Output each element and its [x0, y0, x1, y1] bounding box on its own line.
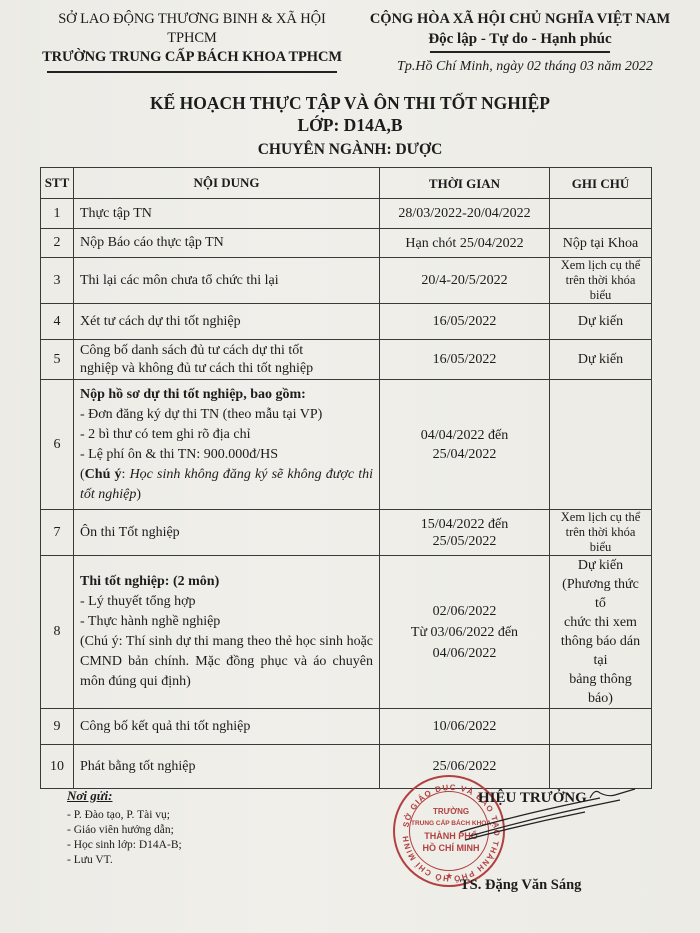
recipients-block: Nơi gửi: - P. Đào tạo, P. Tài vụ; - Giáo…	[67, 788, 182, 868]
row-stt: 2	[41, 229, 74, 258]
row-content: Công bố kết quả thi tốt nghiệp	[74, 709, 380, 745]
content-item: - 2 bì thư có tem ghi rõ địa chỉ	[80, 425, 373, 445]
time-line: 25/05/2022	[386, 533, 543, 550]
national-header: CỘNG HÒA XÃ HỘI CHỦ NGHĨA VIỆT NAM Độc l…	[365, 10, 675, 53]
row-content: Ôn thi Tốt nghiệp	[74, 510, 380, 556]
place-date: Tp.Hồ Chí Minh, ngày 02 tháng 03 năm 202…	[370, 59, 680, 75]
content-item: - Lý thuyết tổng hợp	[80, 592, 373, 612]
row-content: Nộp Báo cáo thực tập TN	[74, 229, 380, 258]
row-time: 20/4-20/5/2022	[380, 258, 550, 304]
time-line: Từ 03/06/2022 đến	[386, 622, 543, 643]
row-time: 04/04/2022 đến 25/04/2022	[380, 380, 550, 510]
major-title: CHUYÊN NGÀNH: DƯỢC	[0, 141, 700, 159]
recipient-item: - Giáo viên hướng dẫn;	[67, 823, 182, 838]
note-line: trên thời khóa biểu	[556, 273, 645, 303]
plan-table: STT NỘI DUNG THỜI GIAN GHI CHÚ 1 Thực tậ…	[40, 167, 652, 789]
row-note: Dự kiến (Phương thức tổ chức thi xem thô…	[550, 556, 652, 709]
row-time: 16/05/2022	[380, 340, 550, 380]
row-stt: 4	[41, 304, 74, 340]
row-stt: 9	[41, 709, 74, 745]
row-content: Công bố danh sách đủ tư cách dự thi tốt …	[74, 340, 380, 380]
time-line: 04/04/2022 đến	[386, 426, 543, 445]
row-stt: 7	[41, 510, 74, 556]
row-time: Hạn chót 25/04/2022	[380, 229, 550, 258]
note-label: Chú ý	[85, 467, 122, 482]
row-stt: 1	[41, 199, 74, 229]
row-time: 28/03/2022-20/04/2022	[380, 199, 550, 229]
note-line: trên thời khóa biểu	[556, 525, 645, 555]
school-name: TRƯỜNG TRUNG CẤP BÁCH KHOA TPHCM	[42, 48, 342, 67]
content-note: (Chú ý: Học sinh không đăng ký sẽ không …	[80, 465, 373, 505]
recipients-heading: Nơi gửi:	[67, 788, 182, 803]
note-line: thông báo dán tại	[556, 632, 645, 670]
row-stt: 3	[41, 258, 74, 304]
time-line: 02/06/2022	[386, 601, 543, 622]
organization-header: SỞ LAO ĐỘNG THƯƠNG BINH & XÃ HỘI TPHCM T…	[42, 10, 342, 73]
row-stt: 10	[41, 745, 74, 789]
table-row: 1 Thực tập TN 28/03/2022-20/04/2022	[41, 199, 652, 229]
row-note: Nộp tại Khoa	[550, 229, 652, 258]
row-note: Xem lịch cụ thể trên thời khóa biểu	[550, 510, 652, 556]
row-content: Thi lại các môn chưa tổ chức thi lại	[74, 258, 380, 304]
row-note	[550, 709, 652, 745]
row-stt: 5	[41, 340, 74, 380]
content-item: - Thực hành nghề nghiệp	[80, 612, 373, 632]
content-note: (Chú ý: Thí sinh dự thi mang theo thẻ họ…	[80, 632, 373, 692]
note-line: Xem lịch cụ thể	[556, 258, 645, 273]
content-heading: Thi tốt nghiệp: (2 môn)	[80, 572, 373, 592]
ministry-name: SỞ LAO ĐỘNG THƯƠNG BINH & XÃ HỘI TPHCM	[42, 10, 342, 48]
table-row: 7 Ôn thi Tốt nghiệp 15/04/2022 đến 25/05…	[41, 510, 652, 556]
table-row: 4 Xét tư cách dự thi tốt nghiệp 16/05/20…	[41, 304, 652, 340]
row-note: Dự kiến	[550, 340, 652, 380]
note-line: Dự kiến	[556, 556, 645, 575]
signatory-name: TS. Đặng Văn Sáng	[460, 877, 581, 894]
header-content: NỘI DUNG	[74, 168, 380, 199]
content-item: - Đơn đăng ký dự thi TN (theo mẫu tại VP…	[80, 405, 373, 425]
row-time: 15/04/2022 đến 25/05/2022	[380, 510, 550, 556]
note-line: (Phương thức tổ	[556, 575, 645, 613]
class-title: LỚP: D14A,B	[0, 115, 700, 136]
note-line: chức thi xem	[556, 613, 645, 632]
header-stt: STT	[41, 168, 74, 199]
row-content: Xét tư cách dự thi tốt nghiệp	[74, 304, 380, 340]
recipient-item: - P. Đào tạo, P. Tài vụ;	[67, 808, 182, 823]
row-stt: 6	[41, 380, 74, 510]
table-row: 2 Nộp Báo cáo thực tập TN Hạn chót 25/04…	[41, 229, 652, 258]
seal-star-icon: ★	[445, 871, 453, 882]
recipient-item: - Học sinh lớp: D14A-B;	[67, 838, 182, 853]
recipient-item: - Lưu VT.	[67, 853, 182, 868]
row-note: Xem lịch cụ thể trên thời khóa biểu	[550, 258, 652, 304]
time-line: 25/04/2022	[386, 445, 543, 464]
note-line: bảng thông báo)	[556, 670, 645, 708]
nation-name: CỘNG HÒA XÃ HỘI CHỦ NGHĨA VIỆT NAM	[365, 10, 675, 29]
note-line: Xem lịch cụ thể	[556, 510, 645, 525]
row-content: Thực tập TN	[74, 199, 380, 229]
table-row: 9 Công bố kết quả thi tốt nghiệp 10/06/2…	[41, 709, 652, 745]
table-header-row: STT NỘI DUNG THỜI GIAN GHI CHÚ	[41, 168, 652, 199]
document-title: KẾ HOẠCH THỰC TẬP VÀ ÔN THI TỐT NGHIỆP	[0, 93, 700, 114]
row-stt: 8	[41, 556, 74, 709]
table-row: 8 Thi tốt nghiệp: (2 môn) - Lý thuyết tổ…	[41, 556, 652, 709]
row-time: 02/06/2022 Từ 03/06/2022 đến 04/06/2022	[380, 556, 550, 709]
row-note: Dự kiến	[550, 304, 652, 340]
signatory-title: HIỆU TRƯỞNG	[478, 790, 587, 807]
table-row: 5 Công bố danh sách đủ tư cách dự thi tố…	[41, 340, 652, 380]
row-content: Phát bằng tốt nghiệp	[74, 745, 380, 789]
table-row: 6 Nộp hồ sơ dự thi tốt nghiệp, bao gồm: …	[41, 380, 652, 510]
document-page: SỞ LAO ĐỘNG THƯƠNG BINH & XÃ HỘI TPHCM T…	[0, 0, 700, 933]
row-note	[550, 380, 652, 510]
row-note	[550, 199, 652, 229]
row-content: Thi tốt nghiệp: (2 môn) - Lý thuyết tổng…	[74, 556, 380, 709]
content-line: Công bố danh sách đủ tư cách dự thi tốt	[80, 342, 373, 360]
content-item: - Lệ phí ôn & thi TN: 900.000đ/HS	[80, 445, 373, 465]
header-underline	[47, 71, 337, 73]
table-row: 3 Thi lại các môn chưa tổ chức thi lại 2…	[41, 258, 652, 304]
time-line: 04/06/2022	[386, 643, 543, 664]
row-content: Nộp hồ sơ dự thi tốt nghiệp, bao gồm: - …	[74, 380, 380, 510]
header-time: THỜI GIAN	[380, 168, 550, 199]
note-text: Học sinh không đăng ký sẽ không được thi…	[80, 467, 373, 502]
content-heading: Nộp hồ sơ dự thi tốt nghiệp, bao gồm:	[80, 385, 373, 405]
time-line: 15/04/2022 đến	[386, 516, 543, 533]
row-time: 16/05/2022	[380, 304, 550, 340]
row-time: 10/06/2022	[380, 709, 550, 745]
national-motto: Độc lập - Tự do - Hạnh phúc	[365, 29, 675, 49]
header-note: GHI CHÚ	[550, 168, 652, 199]
content-line: nghiệp và không đủ tư cách thi tốt nghiệ…	[80, 360, 373, 378]
motto-underline	[430, 51, 610, 53]
